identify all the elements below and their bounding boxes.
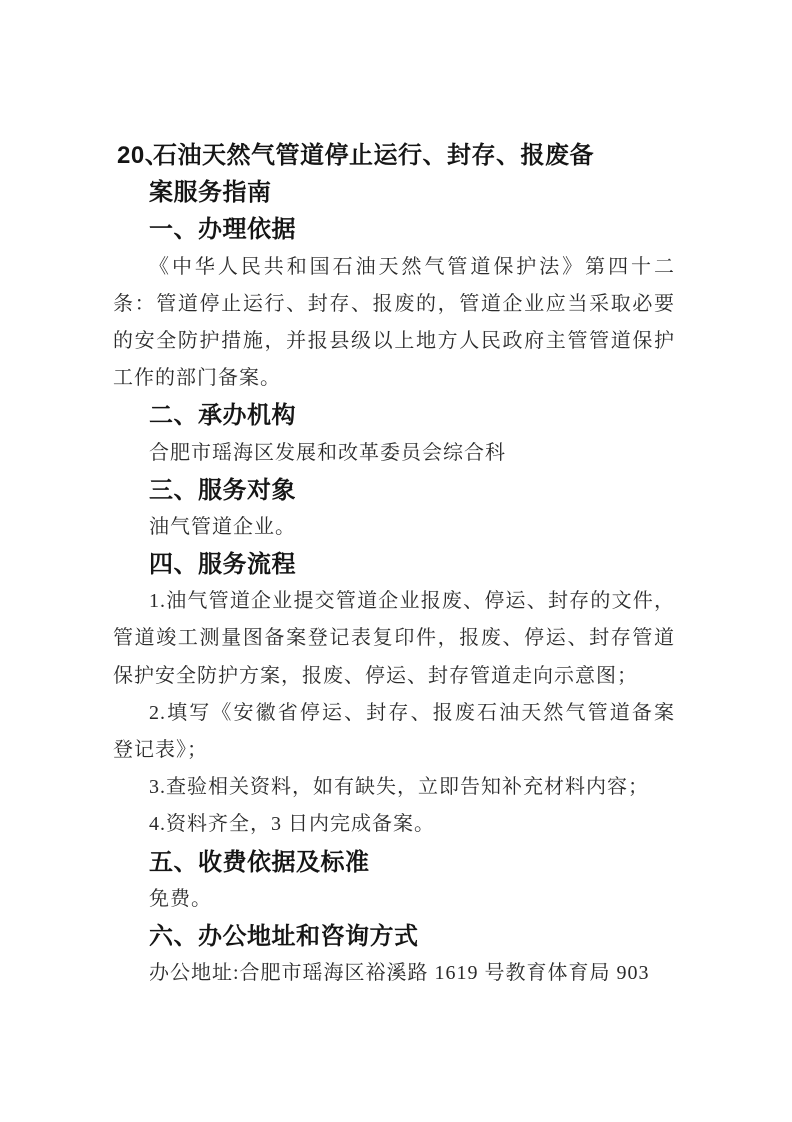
body-line: 《中华人民共和国石油天然气管道保护法》第四十二 — [113, 249, 675, 286]
body-line: 油气管道企业。 — [113, 509, 675, 546]
body-line: 1.油气管道企业提交管道企业报废、停运、封存的文件， — [113, 583, 675, 620]
body-line: 的安全防护措施，并报县级以上地方人民政府主管管道保护 — [113, 323, 675, 360]
document-page: 20、石油天然气管道停止运行、封存、报废备 案服务指南 一、办理依据 《中华人民… — [0, 0, 792, 1122]
doc-title-text: 石油天然气管道停止运行、封存、报废备 — [153, 142, 594, 169]
body-line: 登记表》； — [113, 732, 675, 769]
heading-contact: 六、办公地址和咨询方式 — [149, 918, 675, 955]
body-line: 合肥市瑶海区发展和改革委员会综合科 — [113, 435, 675, 472]
heading-fees: 五、收费依据及标准 — [149, 844, 675, 881]
document-content: 20、石油天然气管道停止运行、封存、报废备 案服务指南 一、办理依据 《中华人民… — [113, 137, 675, 992]
body-line: 管道竣工测量图备案登记表复印件，报废、停运、封存管道 — [113, 620, 675, 657]
body-line: 3.查验相关资料，如有缺失，立即告知补充材料内容； — [113, 769, 675, 806]
body-line: 免费。 — [113, 881, 675, 918]
doc-title-line-2: 案服务指南 — [149, 174, 675, 211]
item-number: 20、 — [117, 137, 169, 174]
heading-agency: 二、承办机构 — [149, 397, 675, 434]
body-line: 工作的部门备案。 — [113, 360, 675, 397]
body-line: 办公地址:合肥市瑶海区裕溪路 1619 号教育体育局 903 — [113, 955, 675, 992]
body-line: 保护安全防护方案，报废、停运、封存管道走向示意图； — [113, 658, 675, 695]
body-line: 4.资料齐全，3 日内完成备案。 — [113, 806, 675, 843]
doc-title-line-1: 20、石油天然气管道停止运行、封存、报废备 — [113, 137, 675, 174]
heading-basis: 一、办理依据 — [149, 211, 675, 248]
heading-audience: 三、服务对象 — [149, 472, 675, 509]
body-line: 2.填写《安徽省停运、封存、报废石油天然气管道备案 — [113, 695, 675, 732]
heading-process: 四、服务流程 — [149, 546, 675, 583]
body-line: 条：管道停止运行、封存、报废的，管道企业应当采取必要 — [113, 286, 675, 323]
